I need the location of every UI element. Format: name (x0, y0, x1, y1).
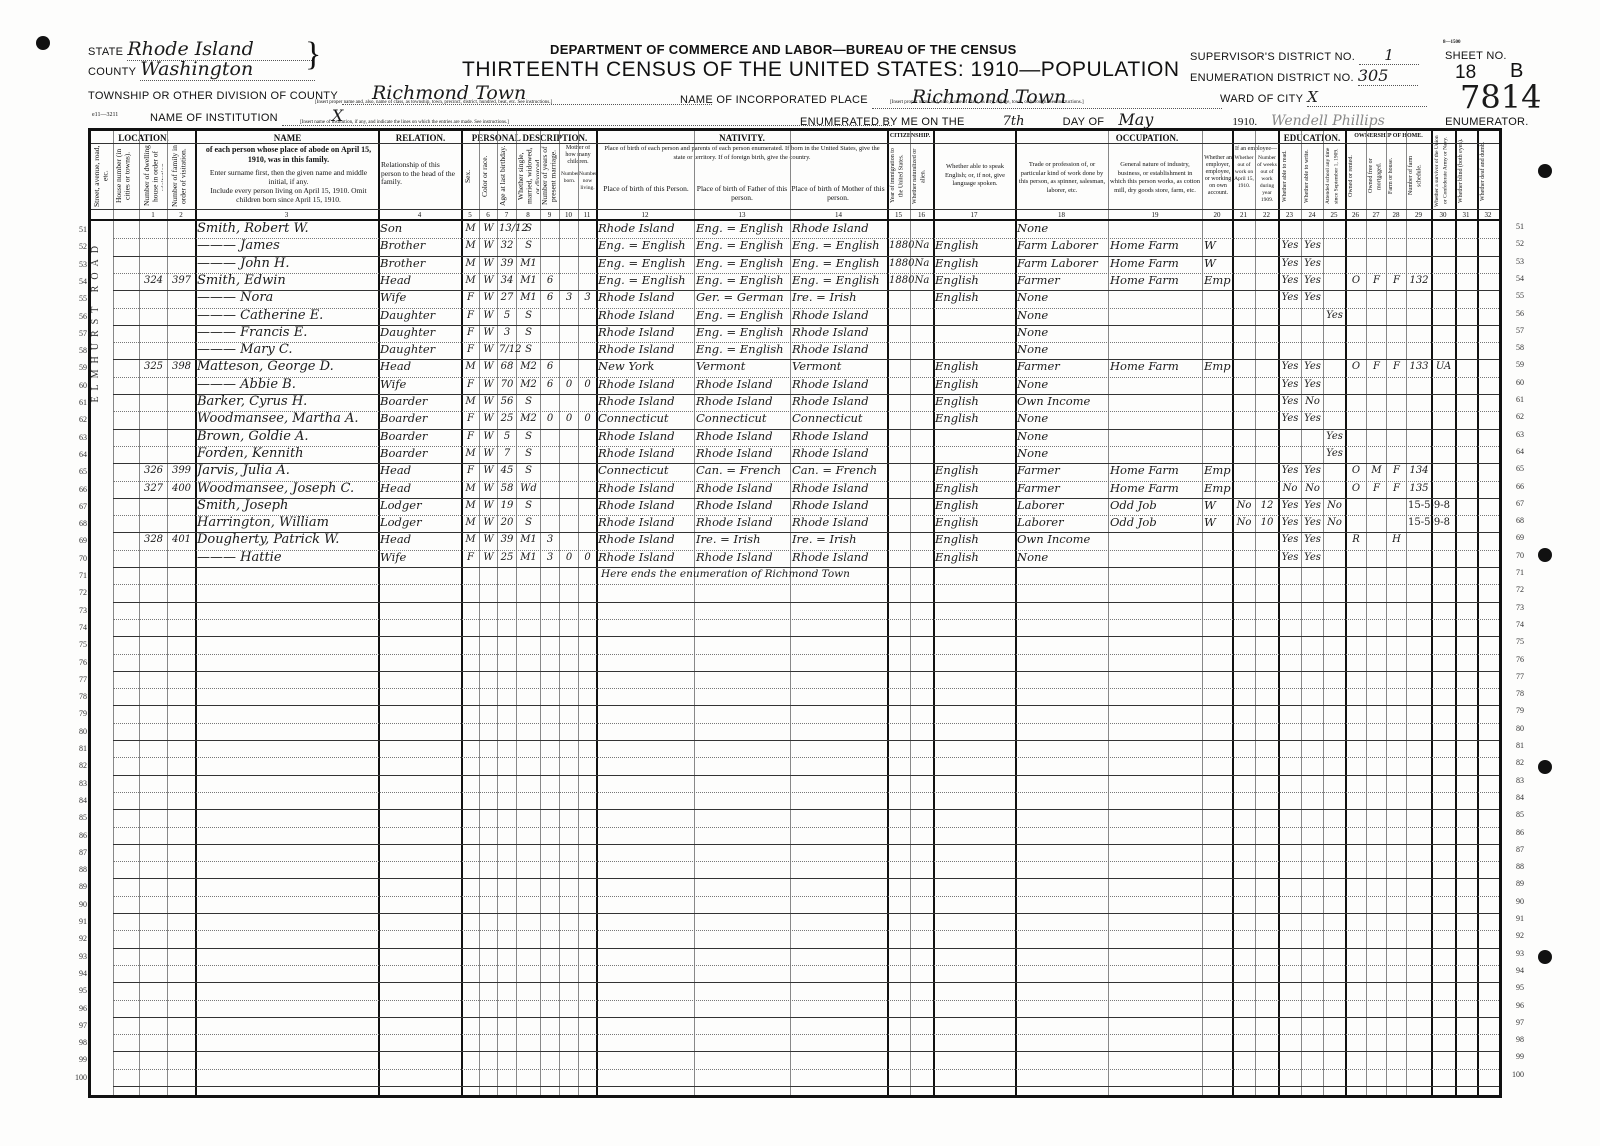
cell-name: ——— Francis E. (197, 324, 377, 341)
cell-pob-mother: Ire. = Irish (792, 531, 886, 548)
cell-sex: M (463, 358, 478, 375)
cell-write: Yes (1303, 497, 1322, 514)
hdr-street: Street, avenue, road, etc. (93, 145, 113, 207)
cell-read: Yes (1280, 376, 1300, 393)
col17-header: Whether able to speak English; or, if no… (937, 163, 1013, 189)
line-number: 62 (1506, 412, 1524, 421)
cell-pob-mother: Rhode Island (792, 220, 886, 237)
cell-name: Smith, Edwin (197, 272, 377, 289)
cell-pob: Rhode Island (598, 341, 693, 358)
cell-weeks-out: 10 (1257, 514, 1277, 531)
cell-pob-mother: Can. = French (792, 462, 886, 479)
hdr-farm: Farm or house. (1387, 145, 1405, 207)
line-number: 92 (69, 934, 87, 943)
line-number: 99 (1506, 1052, 1524, 1061)
cell-race: W (481, 514, 496, 531)
name-header-3: Include every person living on April 15,… (201, 187, 376, 204)
cell-immig: 1880 (889, 272, 909, 289)
cell-write: Yes (1303, 255, 1322, 272)
cell-dwelling: 328 (141, 531, 166, 548)
cell-pob-father: Eng. = English (696, 341, 789, 358)
line-number: 55 (1506, 291, 1524, 300)
cell-sex: F (463, 462, 478, 479)
col21-header: Whether out of work on April 15, 1910. (1233, 155, 1255, 190)
cell-language: English (935, 237, 1014, 254)
column-number: 5 (461, 211, 479, 219)
cell-name: ——— John H. (197, 255, 377, 272)
cell-language: English (935, 549, 1014, 566)
line-number: 73 (1506, 603, 1524, 612)
cell-class: Emp (1204, 462, 1231, 479)
cell-pob-father: Ire. = Irish (696, 531, 789, 548)
cell-pob: Eng. = English (598, 255, 693, 272)
cell-age: 39 (499, 255, 515, 272)
line-number: 71 (69, 571, 87, 580)
cell-out-work: No (1234, 497, 1254, 514)
cell-relation: Head (380, 272, 460, 289)
cell-years-married: 6 (542, 272, 558, 289)
sheet-form-code: 8—1500 (1443, 40, 1461, 45)
cell-living: 0 (580, 549, 595, 566)
cell-pob-mother: Rhode Island (792, 376, 886, 393)
cell-race: W (481, 289, 496, 306)
cell-name: ——— James (197, 237, 377, 254)
column-number: 26 (1345, 211, 1366, 219)
group-relation: RELATION. (379, 133, 462, 143)
enumerated-label: Enumerated by me on the (800, 116, 965, 128)
cell-age: 19 (499, 497, 515, 514)
line-number: 68 (1506, 516, 1524, 525)
hdr-survivor: Whether a survivor of the Union or Confe… (1433, 135, 1455, 207)
column-number: 4 (378, 211, 461, 219)
cell-relation: Daughter (380, 341, 460, 358)
cell-marital: S (518, 324, 539, 341)
cell-relation: Wife (380, 376, 460, 393)
department-heading: DEPARTMENT OF COMMERCE AND LABOR—BUREAU … (550, 42, 1017, 57)
cell-marital: S (518, 462, 539, 479)
cell-pob-father: Rhode Island (696, 480, 789, 497)
group-occupation: OCCUPATION. (1015, 133, 1279, 143)
cell-industry: Home Farm (1110, 480, 1201, 497)
cell-owned: O (1347, 480, 1365, 497)
cell-pob-father: Eng. = English (696, 307, 789, 324)
cell-write: Yes (1303, 237, 1322, 254)
cell-sex: M (463, 497, 478, 514)
cell-pob-mother: Rhode Island (792, 480, 886, 497)
line-number: 54 (69, 277, 87, 286)
cell-trade: None (1017, 289, 1107, 306)
cell-name: Smith, Joseph (197, 497, 377, 514)
line-number: 76 (1506, 655, 1524, 664)
cell-pob: Rhode Island (598, 445, 693, 462)
line-number: 94 (69, 969, 87, 978)
line-number: 56 (69, 312, 87, 321)
cell-write: Yes (1303, 514, 1322, 531)
cell-language: English (935, 497, 1014, 514)
incorporated-note: [Insert proper name and, also, name of c… (890, 100, 1084, 105)
cell-race: W (481, 376, 496, 393)
punch-hole (36, 36, 50, 50)
cell-family: 397 (169, 272, 194, 289)
cell-age: 25 (499, 549, 515, 566)
cell-weeks-out: 12 (1257, 497, 1277, 514)
line-number: 80 (1506, 724, 1524, 733)
cell-pob-mother: Rhode Island (792, 307, 886, 324)
cell-born: 0 (561, 376, 577, 393)
line-number: 83 (69, 779, 87, 788)
line-number: 54 (1506, 274, 1524, 283)
cell-pob-mother: Connecticut (792, 410, 886, 427)
column-number: 23 (1278, 211, 1301, 219)
cell-marital: S (518, 307, 539, 324)
cell-age: 5 (499, 307, 515, 324)
line-number: 82 (1506, 758, 1524, 767)
cell-farm: F (1388, 480, 1405, 497)
cell-dwelling: 326 (141, 462, 166, 479)
line-number: 52 (1506, 239, 1524, 248)
cell-class: Emp (1204, 272, 1231, 289)
line-number: 99 (69, 1055, 87, 1064)
cell-marital: S (518, 428, 539, 445)
cell-write: Yes (1303, 410, 1322, 427)
cell-name: ——— Abbie B. (197, 376, 377, 393)
hdr-read: Whether able to read. (1281, 145, 1299, 207)
cell-sex: M (463, 255, 478, 272)
cell-pob: Rhode Island (598, 531, 693, 548)
cell-pob-mother: Eng. = English (792, 272, 886, 289)
cell-pob-mother: Rhode Island (792, 341, 886, 358)
column-number: 2 (167, 211, 195, 219)
cell-school: No (1325, 514, 1344, 531)
line-number: 96 (69, 1004, 87, 1013)
cell-school: Yes (1325, 428, 1344, 445)
cell-age: 7 (499, 445, 515, 462)
cell-relation: Daughter (380, 307, 460, 324)
cell-language: English (935, 410, 1014, 427)
cell-read: Yes (1280, 358, 1300, 375)
line-number: 72 (69, 588, 87, 597)
hdr-house: House number (in cities or towns). (115, 145, 135, 207)
cell-relation: Head (380, 462, 460, 479)
punch-hole (1538, 164, 1552, 178)
line-number: 100 (1506, 1070, 1524, 1079)
cell-trade: Farmer (1017, 480, 1107, 497)
enumeration-district-field: Enumeration District No. 305 (1190, 66, 1418, 86)
cell-name: Harrington, William (197, 514, 377, 531)
cell-schedule: 15-5-9-8 (1408, 497, 1430, 514)
line-number: 59 (1506, 360, 1524, 369)
cell-relation: Boarder (380, 410, 460, 427)
cell-pob-mother: Vermont (792, 358, 886, 375)
line-number: 55 (69, 294, 87, 303)
census-table: LOCATION. NAME RELATION. PERSONAL DESCRI… (88, 128, 1502, 1098)
hdr-age: Age at last birthday. (499, 145, 515, 207)
cell-age: 20 (499, 514, 515, 531)
column-number: 12 (596, 211, 694, 219)
line-number: 86 (69, 831, 87, 840)
institution-label: Name of institution (150, 112, 278, 124)
column-number: 10 (559, 211, 578, 219)
enumerator-label: Enumerator. (1445, 116, 1529, 128)
cell-living: 0 (580, 376, 595, 393)
cell-relation: Lodger (380, 497, 460, 514)
column-number: 6 (479, 211, 497, 219)
cell-industry: Home Farm (1110, 358, 1201, 375)
line-number: 89 (69, 882, 87, 891)
cell-read: Yes (1280, 237, 1300, 254)
cell-pob-father: Can. = French (696, 462, 789, 479)
cell-pob: Eng. = English (598, 237, 693, 254)
column-number: 9 (540, 211, 559, 219)
cell-trade: None (1017, 428, 1107, 445)
group-name: NAME (196, 133, 379, 143)
line-number: 91 (1506, 914, 1524, 923)
cell-language: English (935, 289, 1014, 306)
cell-dwelling: 324 (141, 272, 166, 289)
cell-read: Yes (1280, 289, 1300, 306)
cell-name: Barker, Cyrus H. (197, 393, 377, 410)
cell-race: W (481, 358, 496, 375)
hdr-owned: Owned or rented. (1347, 145, 1365, 207)
cell-age: 3 (499, 324, 515, 341)
cell-trade: None (1017, 445, 1107, 462)
cell-race: W (481, 255, 496, 272)
cell-read: Yes (1280, 531, 1300, 548)
line-number: 61 (69, 398, 87, 407)
cell-trade: Laborer (1017, 514, 1107, 531)
cell-immig: 1880 (889, 237, 909, 254)
cell-pob-mother: Rhode Island (792, 393, 886, 410)
cell-pob-father: Rhode Island (696, 549, 789, 566)
cell-relation: Son (380, 220, 460, 237)
line-number: 86 (1506, 828, 1524, 837)
cell-sex: M (463, 445, 478, 462)
cell-language: English (935, 255, 1014, 272)
cell-schedule: 132 (1408, 272, 1430, 289)
cell-marital: M1 (518, 272, 539, 289)
cell-write: No (1303, 393, 1322, 410)
cell-write: Yes (1303, 549, 1322, 566)
line-number: 77 (69, 675, 87, 684)
line-number: 100 (69, 1073, 87, 1082)
hdr-free: Owned free or mortgaged. (1367, 145, 1385, 207)
cell-sex: F (463, 410, 478, 427)
cell-relation: Brother (380, 237, 460, 254)
line-number: 69 (69, 536, 87, 545)
cell-language: English (935, 393, 1014, 410)
cell-relation: Boarder (380, 428, 460, 445)
line-number: 60 (69, 381, 87, 390)
cell-natz: Na (912, 272, 932, 289)
col10-header: Number born. (561, 171, 578, 185)
cell-class: W (1204, 514, 1231, 531)
cell-years-married: 6 (542, 358, 558, 375)
cell-living: 0 (580, 410, 595, 427)
cell-relation: Head (380, 358, 460, 375)
cell-farm: H (1388, 531, 1405, 548)
group-location: LOCATION. (91, 133, 196, 143)
cell-name: ——— Hattie (197, 549, 377, 566)
line-number: 74 (69, 623, 87, 632)
cell-trade: None (1017, 220, 1107, 237)
cell-survivor: UA (1433, 358, 1454, 375)
enumeration-district-label: Enumeration District No. (1190, 72, 1354, 84)
cell-years-married: 0 (542, 410, 558, 427)
cell-age: 68 (499, 358, 515, 375)
street-annotation: ELMHURST ROAD (90, 240, 101, 403)
line-number: 93 (69, 952, 87, 961)
institution-note: [Insert name of institution, if any, and… (300, 120, 509, 125)
cell-race: W (481, 220, 496, 237)
cell-read: Yes (1280, 462, 1300, 479)
line-number: 95 (1506, 983, 1524, 992)
line-number: 57 (69, 329, 87, 338)
column-number: 28 (1386, 211, 1406, 219)
cell-language: English (935, 531, 1014, 548)
line-number: 78 (1506, 689, 1524, 698)
cell-sex: F (463, 428, 478, 445)
cell-read: Yes (1280, 272, 1300, 289)
line-number: 67 (69, 502, 87, 511)
line-number: 74 (1506, 620, 1524, 629)
line-number: 89 (1506, 879, 1524, 888)
cell-trade: None (1017, 307, 1107, 324)
cell-owned: O (1347, 272, 1365, 289)
cell-read: Yes (1280, 514, 1300, 531)
cell-schedule: 133 (1408, 358, 1430, 375)
cell-race: W (481, 531, 496, 548)
group-ownership: OWNERSHIP OF HOME. (1345, 133, 1432, 139)
line-number: 73 (69, 606, 87, 615)
cell-pob: Rhode Island (598, 324, 693, 341)
cell-trade: None (1017, 549, 1107, 566)
column-number: 27 (1366, 211, 1386, 219)
cell-read: Yes (1280, 410, 1300, 427)
cell-marital: S (518, 514, 539, 531)
line-number: 52 (69, 242, 87, 251)
cell-trade: Farmer (1017, 462, 1107, 479)
line-number: 97 (1506, 1018, 1524, 1027)
cell-sex: M (463, 531, 478, 548)
cell-race: W (481, 341, 496, 358)
cell-pob: Rhode Island (598, 497, 693, 514)
cell-pob-mother: Eng. = English (792, 255, 886, 272)
hdr-naturalized: Whether naturalized or alien. (911, 145, 931, 207)
cell-pob-father: Eng. = English (696, 237, 789, 254)
cell-class: Emp (1204, 480, 1231, 497)
cell-marital: M1 (518, 255, 539, 272)
line-number: 80 (69, 727, 87, 736)
cell-sex: M (463, 272, 478, 289)
line-number: 95 (69, 986, 87, 995)
employee-header: If an employee— (1233, 145, 1279, 154)
line-number: 82 (69, 761, 87, 770)
column-number: 24 (1301, 211, 1323, 219)
cell-name: Brown, Goldie A. (197, 428, 377, 445)
column-number: 16 (910, 211, 933, 219)
cell-race: W (481, 272, 496, 289)
nativity-header: Place of birth of each person and parent… (601, 145, 883, 162)
cell-living: 3 (580, 289, 595, 306)
cell-natz: Na (912, 255, 932, 272)
cell-natz: Na (912, 237, 932, 254)
name-header-1: of each person whose place of abode on A… (201, 145, 376, 165)
state-label: State (88, 46, 123, 58)
line-number: 77 (1506, 672, 1524, 681)
cell-class: W (1204, 497, 1231, 514)
cell-marital: M1 (518, 549, 539, 566)
cell-language: English (935, 376, 1014, 393)
cell-pob-father: Rhode Island (696, 376, 789, 393)
cell-marital: S (518, 220, 539, 237)
cell-pob-mother: Rhode Island (792, 324, 886, 341)
column-number: 20 (1202, 211, 1232, 219)
line-number: 75 (69, 640, 87, 649)
cell-write: Yes (1303, 272, 1322, 289)
cell-race: W (481, 307, 496, 324)
cell-family: 399 (169, 462, 194, 479)
cell-name: Woodmansee, Joseph C. (197, 480, 377, 497)
county-value: Washington (140, 58, 315, 81)
cell-age: 27 (499, 289, 515, 306)
cell-race: W (481, 393, 496, 410)
cell-pob-mother: Rhode Island (792, 428, 886, 445)
cell-relation: Daughter (380, 324, 460, 341)
incorporated-label: Name of incorporated place (680, 94, 868, 106)
cell-language: English (935, 272, 1014, 289)
cell-relation: Boarder (380, 393, 460, 410)
cell-relation: Wife (380, 289, 460, 306)
hdr-deaf: Whether deaf and dumb. (1479, 135, 1499, 207)
cell-years-married: 3 (542, 531, 558, 548)
cell-sex: F (463, 289, 478, 306)
cell-write: Yes (1303, 289, 1322, 306)
column-number: 29 (1406, 211, 1431, 219)
line-number: 90 (1506, 897, 1524, 906)
line-number: 87 (1506, 845, 1524, 854)
cell-pob-father: Eng. = English (696, 255, 789, 272)
cell-born: 3 (561, 289, 577, 306)
line-number: 56 (1506, 309, 1524, 318)
cell-owned: O (1347, 358, 1365, 375)
line-number: 58 (1506, 343, 1524, 352)
cell-marital: S (518, 497, 539, 514)
cell-pob: Connecticut (598, 462, 693, 479)
cell-pob: Rhode Island (598, 376, 693, 393)
cell-race: W (481, 462, 496, 479)
hdr-write: Whether able to write. (1303, 145, 1321, 207)
hdr-race: Color or race. (481, 145, 495, 207)
punch-hole (1538, 548, 1552, 562)
cell-read: Yes (1280, 497, 1300, 514)
supervisor-label: Supervisor's District No. (1190, 51, 1355, 63)
cell-family: 400 (169, 480, 194, 497)
line-number: 81 (1506, 741, 1524, 750)
hdr-sex: Sex. (464, 145, 478, 207)
line-number: 65 (69, 467, 87, 476)
ward-label: Ward of city (1220, 93, 1303, 105)
cell-trade: None (1017, 410, 1107, 427)
line-number: 67 (1506, 499, 1524, 508)
hdr-blind: Whether blind (both eyes). (1457, 135, 1477, 207)
cell-pob: Rhode Island (598, 549, 693, 566)
cell-pob-father: Rhode Island (696, 445, 789, 462)
cell-marital: S (518, 341, 539, 358)
line-number: 79 (1506, 706, 1524, 715)
cell-race: W (481, 237, 496, 254)
cell-name: ——— Nora (197, 289, 377, 306)
cell-pob-father: Vermont (696, 358, 789, 375)
